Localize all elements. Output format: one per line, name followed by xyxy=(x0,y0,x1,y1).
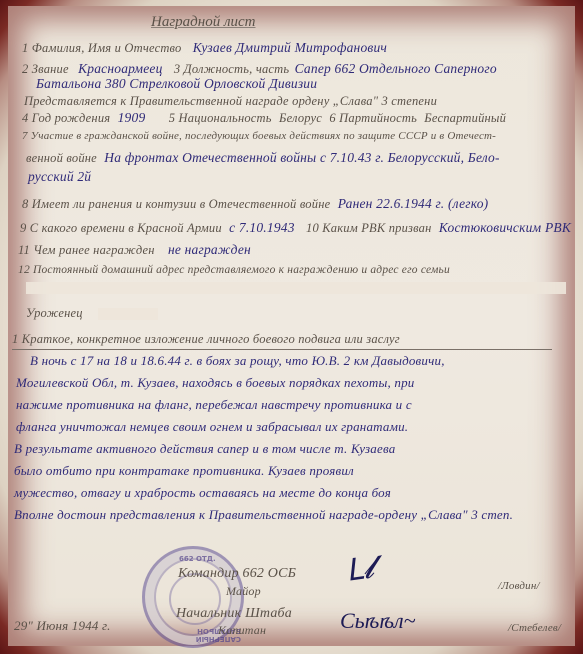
field-9-value: с 7.10.1943 xyxy=(229,220,295,235)
field-3-value-a: Сапер 662 Отдельного Саперного xyxy=(295,61,497,76)
field-11-label: 11 Чем ранее награжден xyxy=(18,243,155,257)
narrative-line: В ночь с 17 на 18 и 18.6.44 г. в боях за… xyxy=(30,353,445,369)
field-10-label: 10 Каким РВК призван xyxy=(306,221,432,235)
field-4-value: 1909 xyxy=(118,110,146,125)
field-3-label: 3 Должность, часть xyxy=(174,62,289,76)
field-7-continuation: русский 2й xyxy=(28,169,91,185)
field-11-value: не награжден xyxy=(168,242,251,257)
field-8-label: 8 Имеет ли ранения и контузии в Отечеств… xyxy=(22,197,330,211)
field-12-label: 12 Постоянный домашний адрес представляе… xyxy=(18,264,450,276)
field-2-3-row: 2 Звание Красноармеец 3 Должность, часть… xyxy=(22,61,497,77)
section-divider xyxy=(12,349,552,350)
field-4-5-6-row: 4 Год рождения 1909 5 Национальность Бел… xyxy=(22,110,506,126)
field-12-row: 12 Постоянный домашний адрес представляе… xyxy=(18,264,450,276)
partial-word-row: Уроженец xyxy=(26,306,83,321)
field-1-row: 1 Фамилия, Имя и Отчество Кузаев Дмитрий… xyxy=(22,40,387,56)
section2-heading-row: 1 Краткое, конкретное изложение личного … xyxy=(12,332,400,347)
narrative-line: было отбито при контратаке противника. К… xyxy=(14,463,354,479)
chief-signature: Сьѣѣл~ xyxy=(340,608,416,634)
field-1-value: Кузаев Дмитрий Митрофанович xyxy=(193,40,387,55)
field-2-label: 2 Звание xyxy=(22,62,69,76)
field-8-row: 8 Имеет ли ранения и контузии в Отечеств… xyxy=(22,196,488,212)
field-7-label-b: венной войне xyxy=(26,151,97,165)
document-date: 29" Июня 1944 г. xyxy=(14,618,111,634)
chief-name: /Стебелев/ xyxy=(508,622,561,634)
field-5-label: 5 Национальность xyxy=(169,111,272,125)
field-8-value: Ранен 22.6.1944 г. (легко) xyxy=(338,196,489,211)
commander-line: Командир 662 ОСБ xyxy=(178,566,296,582)
field-4-label: 4 Год рождения xyxy=(22,111,110,125)
field-7-label-row: 7 Участие в гражданской войне, последующ… xyxy=(22,130,496,142)
narrative-line: Могилевской Обл, т. Кузаев, находясь в б… xyxy=(16,375,414,391)
field-5-value: Белорус xyxy=(279,111,322,125)
field-10-value: Костюковичским РВК xyxy=(439,220,571,235)
field-3-value-b: Батальона 380 Стрелковой Орловской Дивиз… xyxy=(36,76,317,91)
field-1-label: 1 Фамилия, Имя и Отчество xyxy=(22,41,181,55)
field-3-continuation: Батальона 380 Стрелковой Орловской Дивиз… xyxy=(36,76,317,92)
field-9-10-row: 9 С какого времени в Красной Армии с 7.1… xyxy=(20,220,571,236)
nomination-text: Представляется к Правительственной награ… xyxy=(24,94,437,108)
narrative-line: Вполне достоин представления к Правитель… xyxy=(14,507,513,523)
stamp-top-text: 662 ОТД. xyxy=(179,555,216,563)
chief-line: Начальник Штаба xyxy=(176,606,292,622)
narrative-line: нажиме противника на фланг, перебежал на… xyxy=(16,397,412,413)
commander-name: /Ловдин/ xyxy=(498,580,540,592)
commander-rank: Майор xyxy=(226,584,261,599)
field-6-label: 6 Партийность xyxy=(329,111,417,125)
document-frame: Наградной лист 1 Фамилия, Имя и Отчество… xyxy=(0,0,583,654)
field-7-value-a: На фронтах Отечественной войны с 7.10.43… xyxy=(104,150,499,165)
document-title: Наградной лист xyxy=(151,14,256,31)
field-9-label: 9 С какого времени в Красной Армии xyxy=(20,221,222,235)
narrative-line: В результате активного действия сапер и … xyxy=(14,441,395,457)
commander-signature: Ⅼ𝓵 xyxy=(344,550,377,589)
partial-word: Уроженец xyxy=(26,306,83,320)
chief-rank: Капитан xyxy=(218,623,266,638)
award-sheet-paper: Наградной лист 1 Фамилия, Имя и Отчество… xyxy=(8,6,575,646)
field-7-value-b: русский 2й xyxy=(28,169,91,184)
redacted-area xyxy=(26,282,566,294)
redacted-area-2 xyxy=(98,308,158,320)
field-6-value: Беспартийный xyxy=(424,111,506,125)
field-7-value-row: венной войне На фронтах Отечественной во… xyxy=(26,150,500,166)
field-2-value: Красноармеец xyxy=(78,61,162,76)
field-7-label-a: 7 Участие в гражданской войне, последующ… xyxy=(22,130,496,142)
narrative-line: мужество, отвагу и храбрость оставаясь н… xyxy=(14,485,391,501)
field-11-row: 11 Чем ранее награжден не награжден xyxy=(18,242,251,258)
section2-heading: 1 Краткое, конкретное изложение личного … xyxy=(12,332,400,346)
narrative-line: фланга уничтожал немцев своим огнем и за… xyxy=(16,419,408,435)
nomination-row: Представляется к Правительственной награ… xyxy=(24,94,437,109)
